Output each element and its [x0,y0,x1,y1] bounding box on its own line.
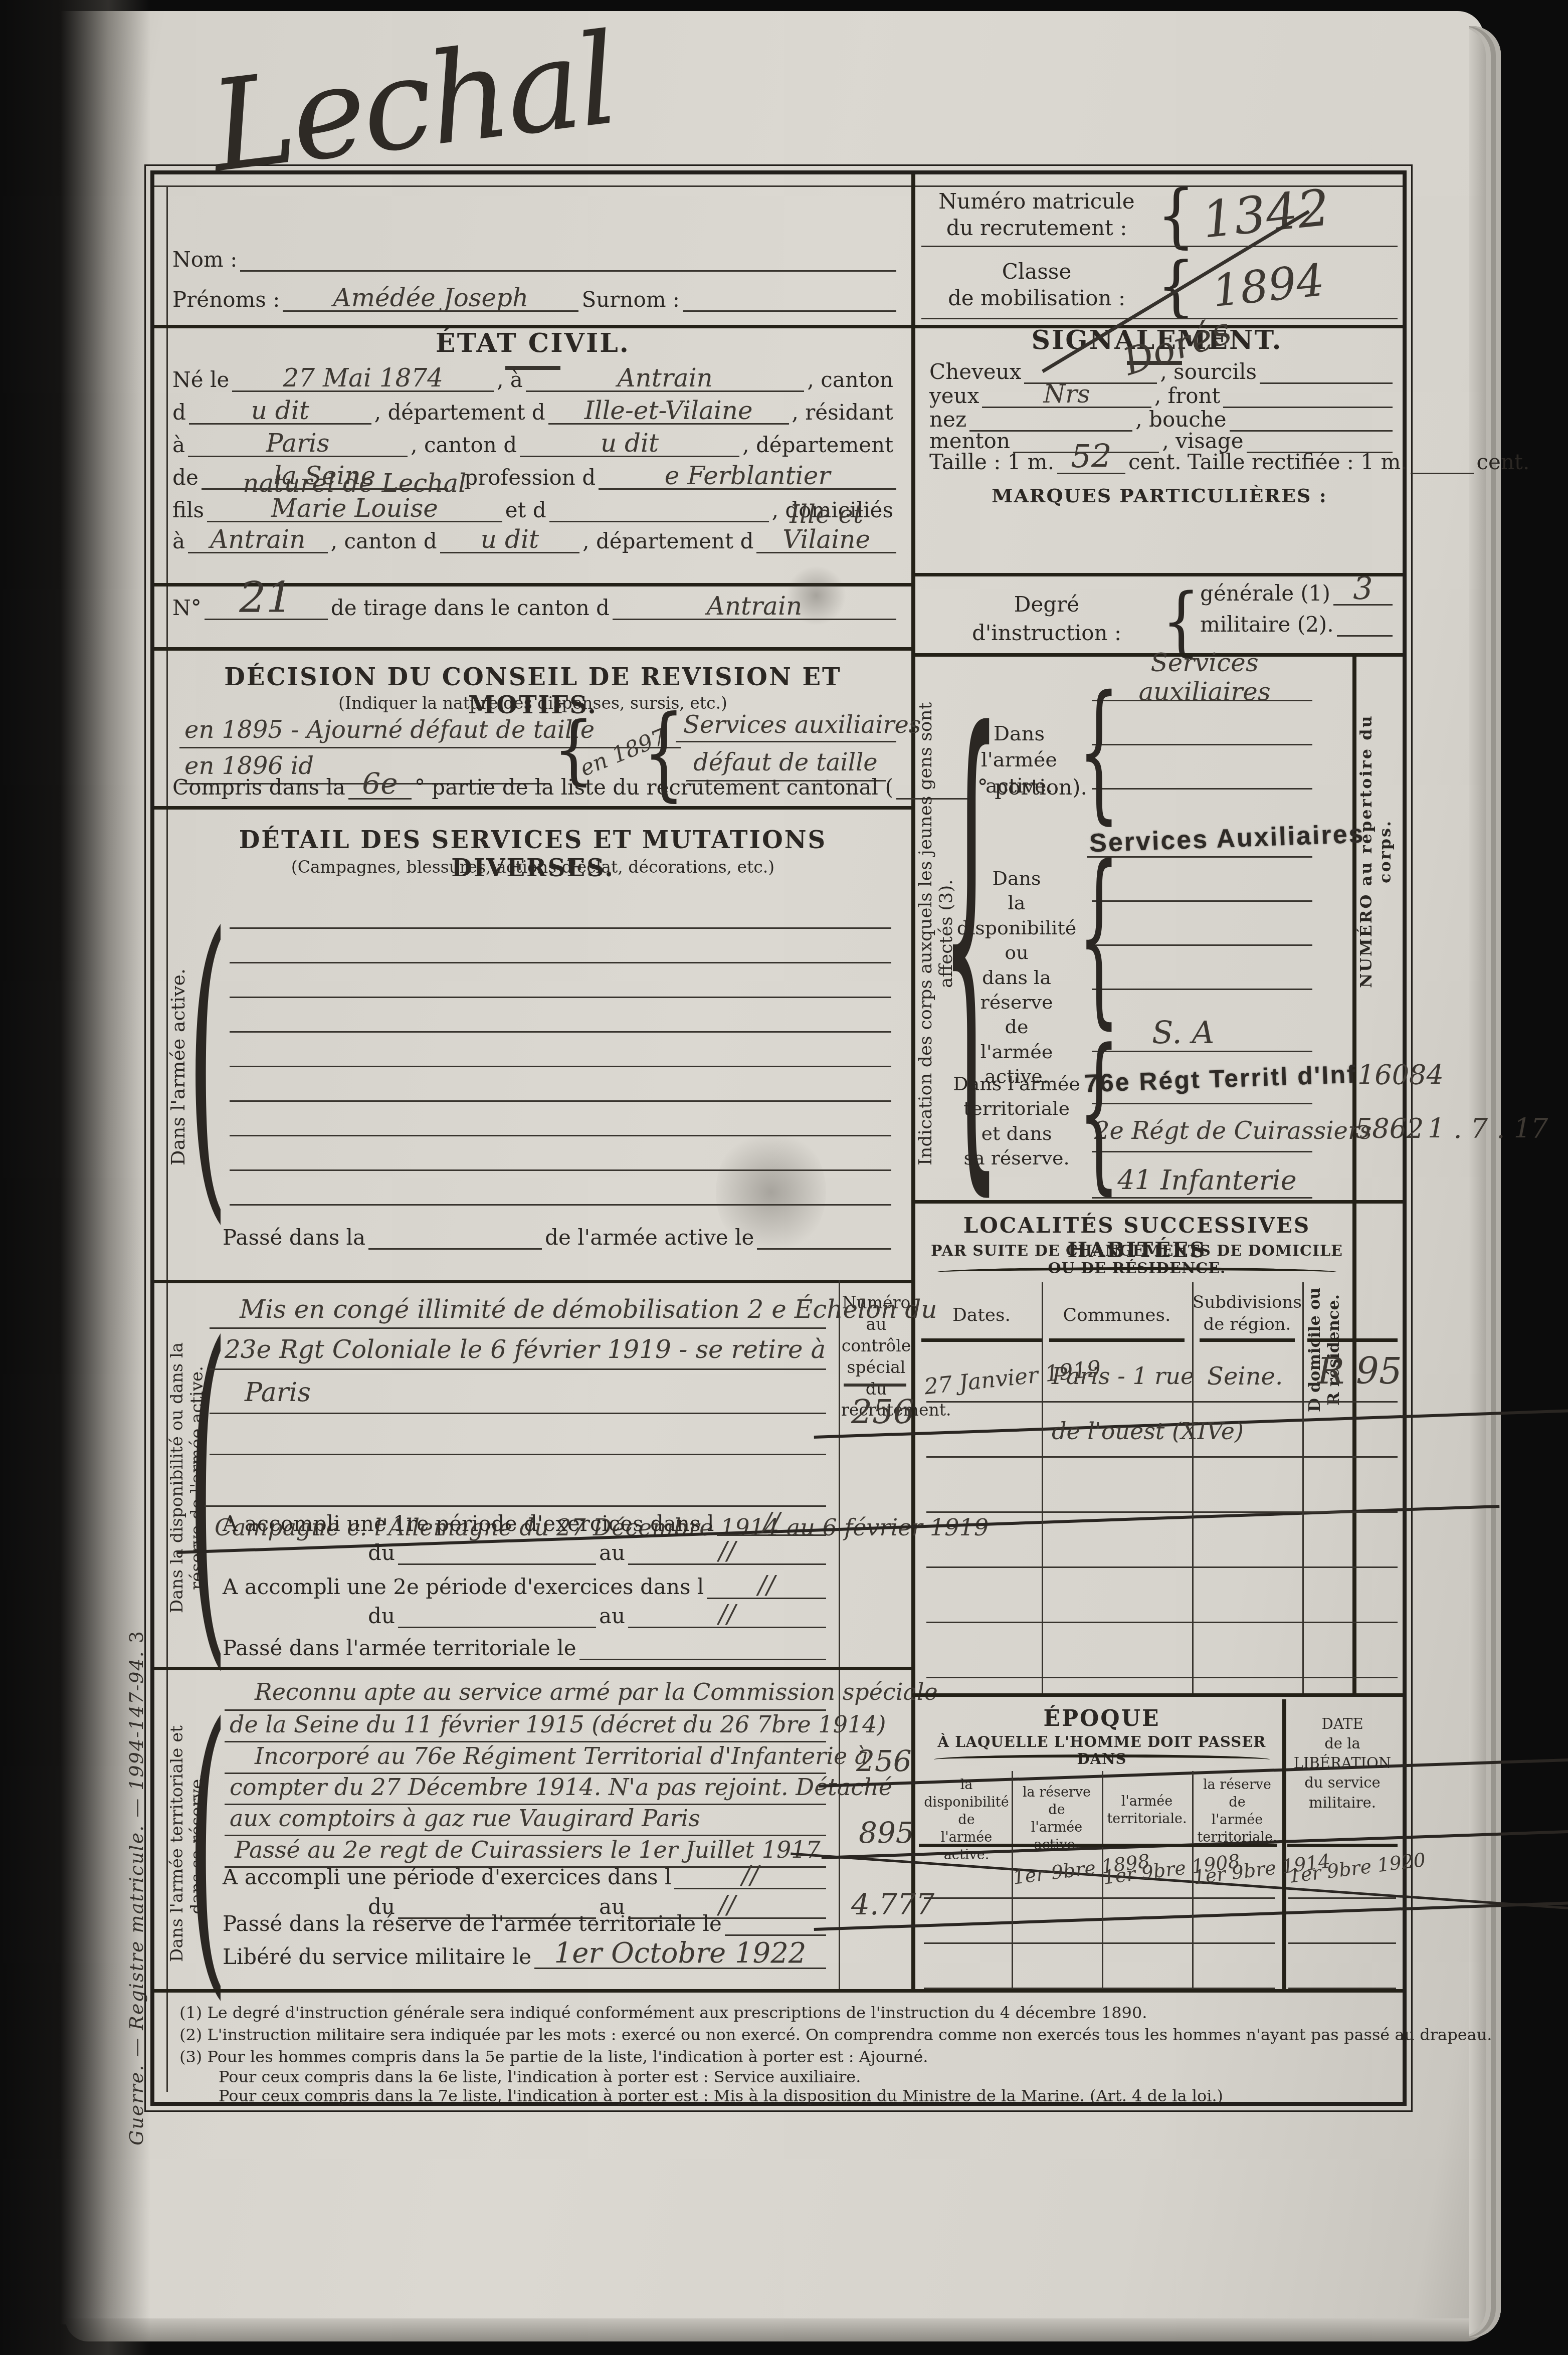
dispo-au1-mark: // [719,1536,736,1565]
decision-bottom-divider [154,806,911,810]
taille-label: Taille : 1 m. [926,450,1057,474]
ec5-fill-1: naturel de Lechal Marie Louise [207,471,502,522]
localites-ruled-rows [926,1347,1398,1693]
dispo-periode1-row: A accompli une 1re période d'exercices d… [220,1503,826,1536]
corps-numero-side-label: NUMÉRO au répertoire du corps. [1356,681,1397,1022]
epoque-col-1: la disponibilité de l'armée active. [921,1776,1012,1864]
corps-dispo-rule3 [1092,944,1312,946]
terr-libere-value: 1er Octobre 1922 [554,1937,807,1970]
decision-note1: Services auxiliaires [683,711,921,739]
nom-row: Nom : [169,235,896,272]
dispo-rule3 [210,1413,826,1414]
footnote-1: (1) Le degré d'instruction générale sera… [179,2003,1147,2022]
corps-terr-stamp: 76e Régt Territl d'Inf [1084,1060,1357,1098]
terr-libere-fill: 1er Octobre 1922 [534,1939,826,1969]
detail-passe-fill-1 [368,1248,542,1250]
dispo-periode2-mark: // [758,1571,775,1600]
epoque-header-rule [919,1844,1277,1847]
terr-hand3: Incorporé au 76e Régiment Territorial d'… [255,1742,868,1770]
terr-libere-row: Libéré du service militaire le 1er Octob… [220,1933,826,1969]
corps-bottom-divider [911,1200,1403,1204]
epoque-liberation-label: DATE de la LIBÉRATION du service militai… [1285,1714,1400,1813]
localites-col-communes: Communes. [1042,1305,1192,1325]
footnote-4: Pour ceux compris dans la 6e liste, l'in… [219,2067,861,2086]
terr-hand4: compter du 27 Décembre 1914. N'a pas rej… [230,1774,892,1801]
inner-top-rule [154,185,1403,187]
localites-swash [936,1267,1337,1278]
dispo-hand1: Mis en congé illimité de démobilisation … [240,1295,937,1324]
taille-rect-cent-label: cent. [1474,450,1533,474]
dispo-duau2-row: du au // [365,1597,826,1628]
parents-value: naturel de Lechal Marie Louise [243,469,466,523]
compris-value: 6e [362,766,398,801]
compris-row: Compris dans la 6e ° partie de la liste … [169,763,896,800]
scanned-register-page: Guerre. — Registre matricule. — 1994-147… [0,0,1568,2355]
terr-hand2: de la Seine du 11 février 1915 (décret d… [230,1711,886,1738]
corps-terr-rule2 [1092,1103,1312,1104]
column-divider [911,174,915,1989]
ink-stain [716,1127,826,1257]
taille-rect-line [1411,473,1474,474]
domicile-departement-value: Ille et Vilaine [782,500,870,554]
surnom-line [683,310,896,312]
tirage-no-line: 21 [205,576,328,620]
dispo-periode1-mark: // [763,1507,780,1536]
corps-active-brace: { [1078,676,1120,826]
terr-hand5: aux comptoirs à gaz rue Vaugirard Paris [230,1805,700,1832]
detail-side-brace: ( [187,896,228,1225]
epoque-header-rule-date [1287,1844,1398,1847]
compris-label-b: ° partie de la liste du recrutement cant… [412,775,896,800]
ec6-fill-2: u dit [440,527,580,553]
dispo-periode2-row: A accompli une 2e période d'exercices da… [220,1566,826,1599]
localites-header-rule-c [1200,1338,1295,1342]
localites-header-rule-d [1307,1338,1398,1342]
ec6-fill-3: Ille et Vilaine [756,502,896,553]
footnotes-top-divider [154,1989,1403,1993]
detail-bottom-divider [154,1280,911,1283]
dispo-periode2-label: A accompli une 2e période d'exercices da… [220,1575,707,1599]
localites-bottom-divider [911,1693,1403,1697]
corps-active-label: Dans l'armée active. [956,721,1082,799]
etat-civil-line-3: à Paris , canton d u dit , département [169,420,896,457]
corps-terr-cuirassiers-date: 1 . 7 . 17 [1428,1113,1548,1144]
dispo-au1-label: au [596,1540,628,1565]
corps-dispo-label: Dans la disponibilité ou dans la réserve… [951,866,1082,1089]
small-stain [786,565,846,626]
dispo-au2-fill: // [628,1602,826,1628]
surnom-label: Surnom : [578,287,683,312]
corps-active-value: Services auxiliaires [1097,648,1312,706]
tirage-no-value: 21 [239,573,293,622]
ec6-label-b: , canton d [328,529,440,553]
instruction-militaire-label: militaire (2). [1197,612,1337,637]
corps-terr-rule4 [1092,1197,1312,1199]
matricule-brace: { [1157,181,1195,251]
epoque-swash [934,1754,1270,1765]
decision-subtitle: (Indiquer la nature des dispenses, sursi… [169,693,896,713]
dispo-hand3: Paris [245,1378,311,1408]
localites-header-rule-b [1049,1338,1185,1342]
instruction-militaire-row: militaire (2). [1197,607,1393,637]
footnote-2: (2) L'instruction militaire sera indiqué… [179,2025,1492,2044]
dispo-rule1 [210,1327,826,1329]
localites-col-dates: Dates. [921,1305,1042,1325]
marques-label: MARQUES PARTICULIÈRES : [926,484,1393,507]
localites-row-commune-1: Paris - 1 rue [1052,1362,1194,1390]
terr-reserve-row: Passé dans la réserve de l'armée territo… [220,1905,826,1936]
localites-col-subdiv: Subdivisions de région. [1192,1291,1302,1335]
decision-note1-rule [676,741,896,742]
tirage-no-label: N° [169,596,205,620]
terr-periode-mark: // [742,1861,759,1890]
corps-side-label: Indication des corps auxquels les jeunes… [915,671,943,1197]
prenoms-row: Prénoms : Amédée Joseph Surnom : [169,275,896,312]
dispo-periode1-label: A accompli une 1re période d'exercices d… [220,1511,717,1536]
dispo-au2-label: au [596,1604,628,1628]
corps-terr-label: Dans l'armée territoriale et dans sa rés… [951,1072,1082,1171]
tirage-text: de tirage dans le canton d [328,596,613,620]
corps-terr-sa-value: S. A [1152,1014,1214,1051]
terr-reserve-label: Passé dans la réserve de l'armée territo… [220,1911,725,1936]
epoque-title: ÉPOQUE [921,1706,1282,1731]
spine-imprint: Guerre. — Registre matricule. — 1994-147… [125,1494,147,2145]
dispo-rule2 [210,1368,826,1370]
dispo-periode1-fill: // [717,1509,826,1536]
dispo-bottom-divider [154,1667,911,1670]
domicile-canton-value: u dit [481,525,539,554]
prenoms-label: Prénoms : [169,287,283,312]
etat-civil-title: ÉTAT CIVIL. [169,328,896,358]
etat-civil-line-2: d u dit , département d Ille-et-Vilaine … [169,387,896,425]
dispo-hand2: 23e Rgt Coloniale le 6 février 1919 - se… [225,1335,826,1364]
taille-cent-label: cent. [1125,450,1185,474]
dispo-passe-terr-label: Passé dans l'armée territoriale le [220,1636,579,1660]
terr-periode-label: A accompli une période d'exercices dans … [220,1865,674,1889]
etat-civil-line-1: Né le 27 Mai 1874 , à Antrain , canton [169,355,896,392]
compris-label-a: Compris dans la [169,775,348,800]
terr-libere-label: Libéré du service militaire le [220,1944,534,1969]
corps-terr-rule1 [1092,1051,1312,1052]
dispo-au2-mark: // [719,1600,736,1629]
matricule-underline [921,246,1398,247]
dispo-passe-terr-fill [579,1659,826,1660]
ec6-fill-1: Antrain [188,527,328,553]
domicile-value: Antrain [210,525,305,554]
dispo-periode2-fill: // [707,1573,826,1599]
dispo-rule4 [210,1454,826,1455]
controle-underline [844,1384,906,1387]
detail-passe-label-b: de l'armée active le [542,1225,757,1250]
register-form: Nom : Prénoms : Amédée Joseph Surnom : N… [150,170,1407,2106]
corps-dispo-rule4 [1092,989,1312,990]
instruction-generale-row: générale (1) 3 [1197,575,1393,606]
corps-dispo-brace: { [1078,841,1120,1030]
matricule-label: Numéro matricule du recrutement : [926,188,1147,241]
ec6-label-a: à [169,529,188,553]
localites-row-subdiv: Seine. [1207,1362,1283,1391]
instruction-generale-line: 3 [1333,573,1393,606]
ec6-label-c: , département d [579,529,756,553]
dispo-du1-fill [398,1563,596,1565]
dispo-duau1-row: du au // [365,1534,826,1565]
dispo-passe-terr-row: Passé dans l'armée territoriale le [220,1628,826,1660]
instruction-generale-value: 3 [1353,570,1373,607]
corps-terr-infanterie: 41 Infanterie [1102,1164,1312,1196]
localites-header-rule-a [921,1338,1042,1342]
classe-brace: { [1157,254,1195,320]
controle-column-border [839,1280,840,1989]
decision-line1: en 1895 - Ajourné défaut de taille [184,716,595,744]
tirage-canton-line: Antrain [613,594,896,620]
taille-row: Taille : 1 m. 52 cent. Taille rectifiée … [926,441,1393,474]
dispo-du2-label: du [365,1604,398,1628]
etat-civil-line-6: à Antrain , canton d u dit , département… [169,516,896,553]
prenoms-value: Amédée Joseph [333,283,529,312]
taille-value: 52 [1071,438,1111,475]
localites-row-dr: R 95 [1317,1350,1402,1392]
corps-active-rule2 [1092,744,1312,745]
detail-passe-label-a: Passé dans la [220,1225,368,1250]
corps-active-rule3 [1092,788,1312,790]
corps-terr-brace: { [1078,1027,1120,1196]
terr-periode-row: A accompli une période d'exercices dans … [220,1856,826,1889]
epoque-col-4: la réserve de l'armée territoriale. [1193,1776,1281,1846]
compris-fill-1: 6e [348,769,412,800]
nom-label: Nom : [169,247,240,272]
localites-row-commune-2: de l'ouest (XIVe) [1052,1418,1244,1445]
corps-active-rule1 [1092,700,1312,701]
spine-page-number: 3 [125,1630,147,1643]
instruction-militaire-line [1337,635,1393,637]
corps-terr-rule3 [1092,1151,1312,1152]
classe-value: 1894 [1210,254,1326,317]
instruction-generale-label: générale (1) [1197,581,1333,606]
taille-rect-label: Taille rectifiée : 1 m. [1185,450,1411,474]
epoque-col-3: l'armée territoriale. [1103,1793,1191,1828]
spine-imprint-text: Guerre. — Registre matricule. — 1994-147… [125,1650,147,2145]
dispo-side-brace: ( [187,1302,228,1671]
nom-line [240,270,896,272]
classe-underline [921,318,1398,319]
corps-dispo-rule2 [1092,900,1312,902]
dispo-du1-label: du [365,1540,398,1565]
corps-dispo-rule1 [1087,856,1312,858]
tirage-bottom-divider [154,647,911,651]
prenoms-line: Amédée Joseph [283,285,578,312]
footnote-5: Pour ceux compris dans la 7e liste, l'in… [219,2086,1223,2105]
corps-terr-stamp-number: 16084 [1357,1059,1444,1091]
corps-dispo-stamp: Services Auxiliaires [1089,819,1365,858]
corps-terr-cuirassiers: 2e Régt de Cuirassiers [1094,1117,1372,1145]
classe-label: Classe de mobilisation : [926,259,1147,311]
taille-line: 52 [1057,441,1125,474]
terr-periode-fill: // [674,1863,826,1889]
corps-terr-cuirassiers-number: 5862 [1355,1113,1424,1144]
terr-hand1: Reconnu apte au service armé par la Comm… [255,1678,938,1705]
detail-subtitle: (Campagnes, blessures, actions d'éclat, … [169,857,896,877]
dispo-au1-fill: // [628,1538,826,1565]
footnote-3: (3) Pour les hommes compris dans la 5e p… [179,2047,928,2066]
